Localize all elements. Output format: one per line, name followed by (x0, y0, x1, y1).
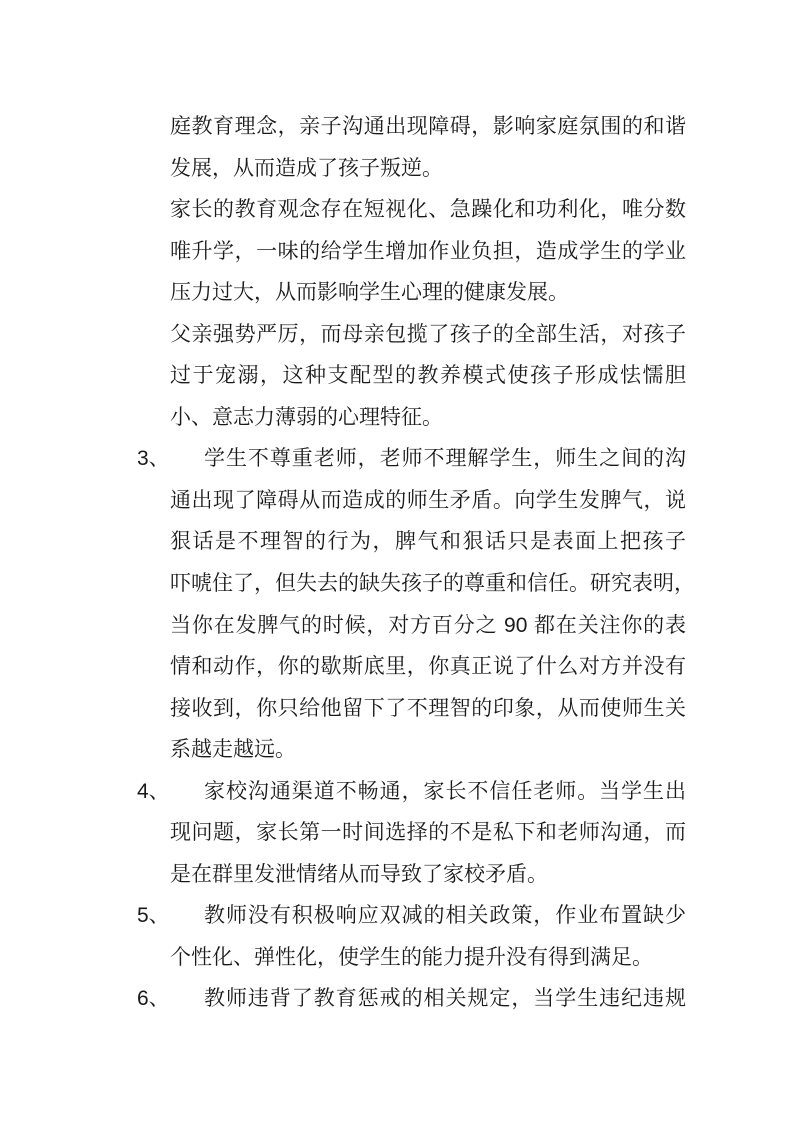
document-page: 庭教育理念，亲子沟通出现障碍，影响家庭氛围的和谐发展，从而造成了孩子叛逆。家长的… (0, 0, 793, 1122)
text-line: 庭教育理念，亲子沟通出现障碍，影响家庭氛围的和谐 (170, 106, 686, 148)
text-line-content: 教师违背了教育惩戒的相关规定，当学生违纪违规 (204, 987, 686, 1010)
document-text-block: 庭教育理念，亲子沟通出现障碍，影响家庭氛围的和谐发展，从而造成了孩子叛逆。家长的… (170, 106, 686, 1020)
text-line-content: 是在群里发泄情绪从而导致了家校矛盾。 (170, 863, 548, 886)
text-line: 家长的教育观念存在短视化、急躁化和功利化，唯分数 (170, 189, 686, 231)
text-line-content: 小、意志力薄弱的心理特征。 (170, 406, 443, 429)
list-item-line: 3、学生不尊重老师，老师不理解学生，师生之间的沟 (170, 438, 686, 480)
list-item-number: 6、 (137, 978, 204, 1020)
text-line: 唯升学，一味的给学生增加作业负担，造成学生的学业 (170, 231, 686, 273)
text-line: 是在群里发泄情绪从而导致了家校矛盾。 (170, 854, 686, 896)
text-line-content: 狠话是不理智的行为，脾气和狠话只是表面上把孩子 (170, 530, 686, 553)
text-line-content: 发展，从而造成了孩子叛逆。 (170, 157, 443, 180)
text-line: 狠话是不理智的行为，脾气和狠话只是表面上把孩子 (170, 521, 686, 563)
text-line-content: 压力过大，从而影响学生心理的健康发展。 (170, 281, 569, 304)
list-item-number: 3、 (137, 438, 204, 480)
list-item-line: 5、教师没有积极响应双减的相关政策，作业布置缺少 (170, 895, 686, 937)
text-line: 个性化、弹性化，使学生的能力提升没有得到满足。 (170, 937, 686, 979)
list-item-line: 6、教师违背了教育惩戒的相关规定，当学生违纪违规 (170, 978, 686, 1020)
text-line: 通出现了障碍从而造成的师生矛盾。向学生发脾气，说 (170, 480, 686, 522)
text-line-content: 个性化、弹性化，使学生的能力提升没有得到满足。 (170, 946, 653, 969)
text-line: 情和动作，你的歇斯底里，你真正说了什么对方并没有 (170, 646, 686, 688)
text-line: 发展，从而造成了孩子叛逆。 (170, 148, 686, 190)
text-line-content: 家长的教育观念存在短视化、急躁化和功利化，唯分数 (170, 198, 686, 221)
text-line: 小、意志力薄弱的心理特征。 (170, 397, 686, 439)
text-line: 接收到，你只给他留下了不理智的印象，从而使师生关 (170, 688, 686, 730)
text-line-content: 现问题，家长第一时间选择的不是私下和老师沟通，而 (170, 821, 686, 844)
text-line-content: 庭教育理念，亲子沟通出现障碍，影响家庭氛围的和谐 (170, 115, 686, 138)
text-line: 系越走越远。 (170, 729, 686, 771)
text-line: 压力过大，从而影响学生心理的健康发展。 (170, 272, 686, 314)
text-line-content: 父亲强势严厉，而母亲包揽了孩子的全部生活，对孩子 (170, 323, 686, 346)
text-line-content: 接收到，你只给他留下了不理智的印象，从而使师生关 (170, 697, 686, 720)
list-item-number: 5、 (137, 895, 204, 937)
text-line-content: 过于宠溺，这种支配型的教养模式使孩子形成怯懦胆 (170, 364, 686, 387)
text-line-content: 唯升学，一味的给学生增加作业负担，造成学生的学业 (170, 240, 686, 263)
text-line: 吓唬住了，但失去的缺失孩子的尊重和信任。研究表明， (170, 563, 686, 605)
text-line-content: 家校沟通渠道不畅通，家长不信任老师。当学生出 (204, 780, 686, 803)
list-item-number: 4、 (137, 771, 204, 813)
text-line: 当你在发脾气的时候，对方百分之 90 都在关注你的表 (170, 605, 686, 647)
text-line: 现问题，家长第一时间选择的不是私下和老师沟通，而 (170, 812, 686, 854)
text-line-content: 通出现了障碍从而造成的师生矛盾。向学生发脾气，说 (170, 489, 686, 512)
text-line-content: 当你在发脾气的时候，对方百分之 90 都在关注你的表 (170, 614, 686, 637)
text-line: 父亲强势严厉，而母亲包揽了孩子的全部生活，对孩子 (170, 314, 686, 356)
list-item-line: 4、家校沟通渠道不畅通，家长不信任老师。当学生出 (170, 771, 686, 813)
text-line-content: 教师没有积极响应双减的相关政策，作业布置缺少 (204, 904, 686, 927)
text-line: 过于宠溺，这种支配型的教养模式使孩子形成怯懦胆 (170, 355, 686, 397)
text-line-content: 情和动作，你的歇斯底里，你真正说了什么对方并没有 (170, 655, 686, 678)
text-line-content: 吓唬住了，但失去的缺失孩子的尊重和信任。研究表明， (170, 572, 695, 595)
text-line-content: 学生不尊重老师，老师不理解学生，师生之间的沟 (204, 447, 686, 470)
text-line-content: 系越走越远。 (170, 738, 296, 761)
